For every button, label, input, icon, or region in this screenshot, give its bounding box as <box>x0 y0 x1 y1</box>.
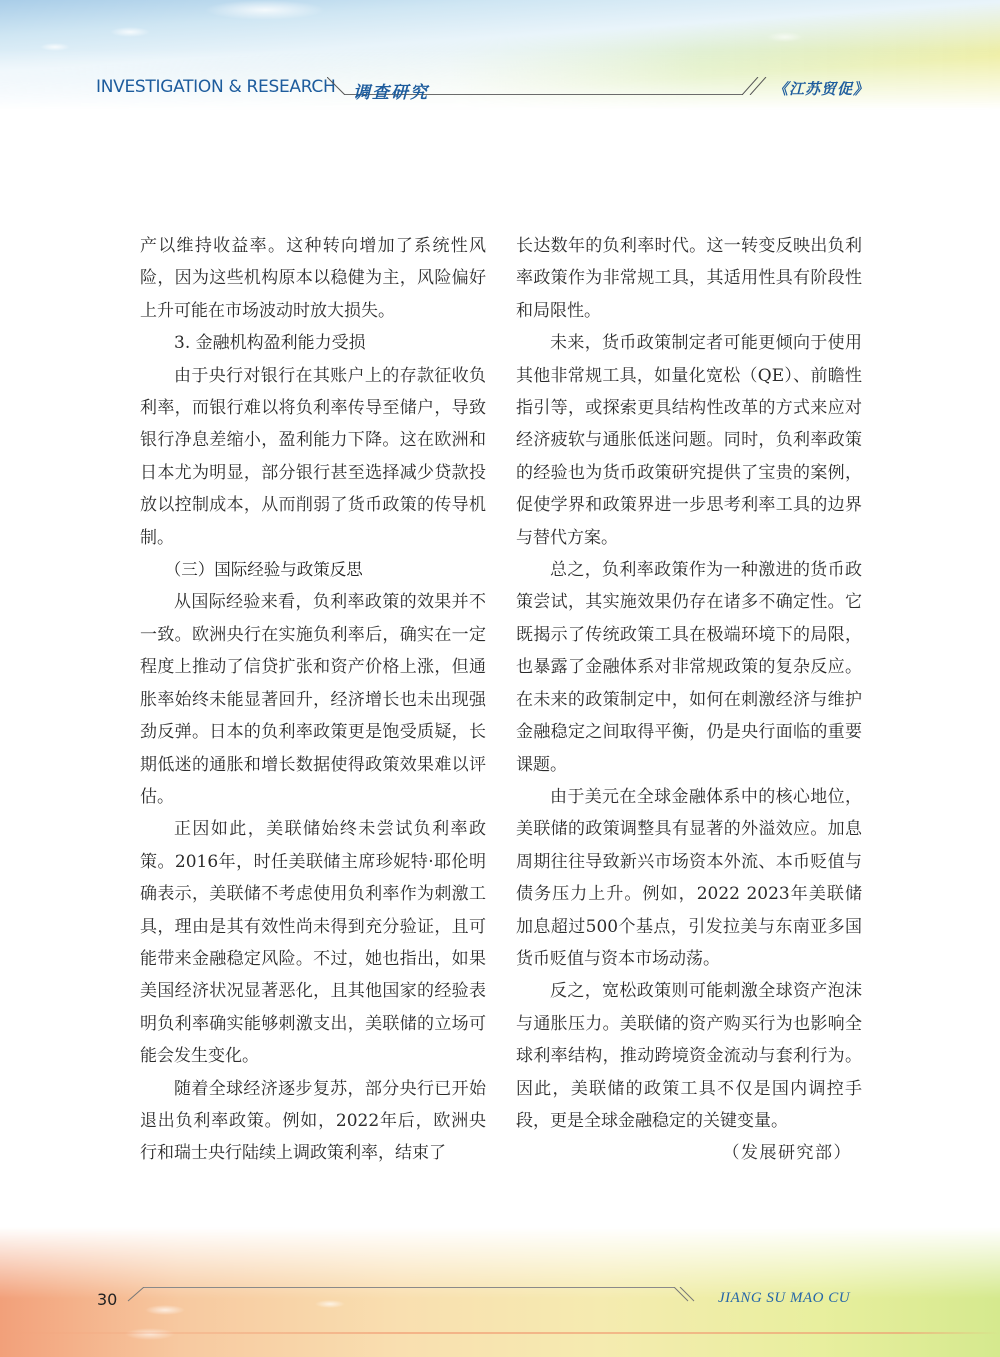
slash-divider-icon <box>327 77 345 95</box>
paragraph: 正因如此，美联储始终未尝试负利率政策。2016年，时任美联储主席珍妮特·耶伦明确… <box>140 813 486 1072</box>
paragraph: 从国际经验来看，负利率政策的效果并不一致。欧洲央行在实施负利率后，确实在一定程度… <box>140 586 486 813</box>
left-column: 产以维持收益率。这种转向增加了系统性风险，因为这些机构原本以稳健为主，风险偏好上… <box>140 230 486 1170</box>
footer-rule <box>144 1287 674 1288</box>
paragraph: 由于美元在全球金融体系中的核心地位，美联储的政策调整具有显著的外溢效应。加息周期… <box>516 781 862 975</box>
page-footer: 30 JIANG SU MAO CU <box>0 1287 1000 1317</box>
paragraph: 由于央行对银行在其账户上的存款征收负利率，而银行难以将负利率传导至储户，导致银行… <box>140 360 486 554</box>
paragraph: 总之，负利率政策作为一种激进的货币政策尝试，其实施效果仍存在诸多不确定性。它既揭… <box>516 554 862 781</box>
section-title-en: INVESTIGATION & RESEARCH <box>96 77 335 97</box>
right-column: 长达数年的负利率时代。这一转变反映出负利率政策作为非常规工具，其适用性具有阶段性… <box>516 230 862 1170</box>
magazine-name-en: JIANG SU MAO CU <box>718 1290 850 1307</box>
magazine-name: 《江苏贸促》 <box>773 78 869 99</box>
double-slash-icon <box>742 77 768 95</box>
paragraph: 反之，宽松政策则可能刺激全球资产泡沫与通胀压力。美联储的资产购买行为也影响全球利… <box>516 975 862 1137</box>
author-signature: （发展研究部） <box>689 1137 853 1169</box>
slash-divider-icon <box>126 1287 146 1303</box>
paragraph: 未来，货币政策制定者可能更倾向于使用其他非常规工具，如量化宽松（QE）、前瞻性指… <box>516 327 862 554</box>
page-header: INVESTIGATION & RESEARCH 调查研究 《江苏贸促》 <box>0 75 1000 105</box>
section-heading: （三）国际经验与政策反思 <box>140 554 486 586</box>
paragraph-text: 反之，宽松政策则可能刺激全球资产泡沫与通胀压力。美联储的资产购买行为也影响全球利… <box>516 981 862 1131</box>
section-title-zh: 调查研究 <box>353 78 429 103</box>
page-number: 30 <box>97 1290 117 1309</box>
paragraph: 产以维持收益率。这种转向增加了系统性风险，因为这些机构原本以稳健为主，风险偏好上… <box>140 230 486 327</box>
paragraph: 长达数年的负利率时代。这一转变反映出负利率政策作为非常规工具，其适用性具有阶段性… <box>516 230 862 327</box>
subheading: 3. 金融机构盈利能力受损 <box>140 327 486 359</box>
double-slash-icon <box>672 1287 698 1303</box>
paragraph: 随着全球经济逐步复苏，部分央行已开始退出负利率政策。例如，2022年后，欧洲央行… <box>140 1073 486 1170</box>
